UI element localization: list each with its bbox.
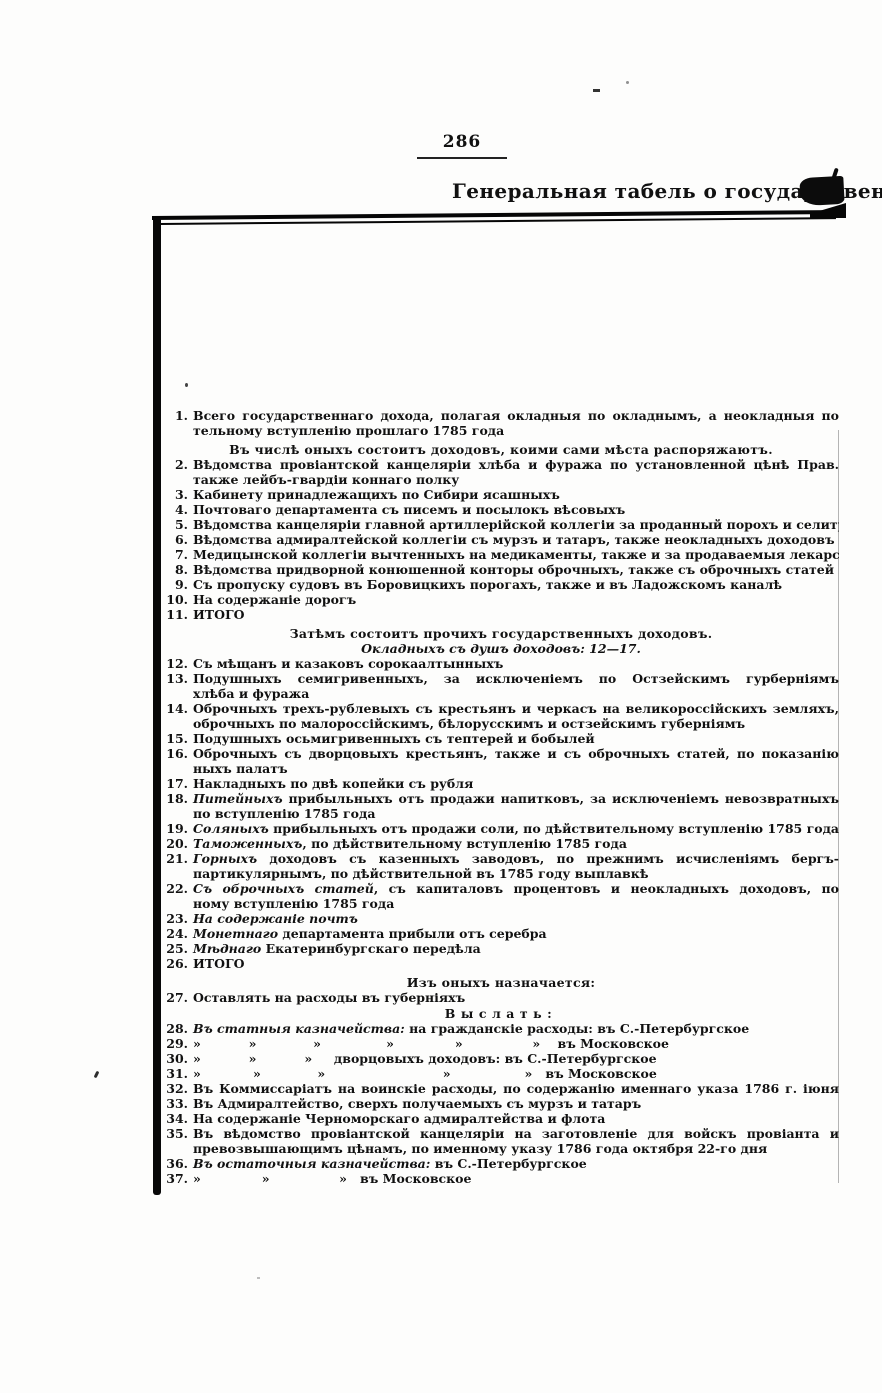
item-text: На содержаніе дорогъ [193,592,356,607]
item-text: Таможенныхъ, по дѣйствительному вступлен… [193,836,627,851]
table-row: 12.Съ мѣщанъ и казаковъ сорокаалтынныхъ [163,656,839,671]
item-number: 10. [163,592,188,607]
item-text: Всего государственнаго дохода, полагая о… [193,408,839,423]
item-number: 21. [163,851,188,866]
item-number: 27. [163,990,188,1005]
table-row: 33.Въ Адмиралтейство, сверхъ получаемыхъ… [163,1096,839,1111]
item-text: Мѣднаго Екатеринбургскаго передѣла [193,941,481,956]
item-lead-italic: Въ статныя казначейства: [193,1021,405,1036]
item-number: 26. [163,956,188,971]
item-text: Горныхъ доходовъ съ казенныхъ заводовъ, … [193,851,839,866]
item-text: Въ Адмиралтейство, сверхъ получаемыхъ съ… [193,1096,641,1111]
item-text: партикулярнымъ, по дѣйствительной въ 178… [193,866,649,881]
item-lead-italic: На содержаніе почтъ [193,911,358,926]
item-number: 4. [163,502,188,517]
item-number: 8. [163,562,188,577]
page-number: 286 [417,132,507,152]
item-number: 11. [163,607,188,622]
item-text: по вступленію 1785 года [193,806,375,821]
item-text: ному вступленію 1785 года [193,896,394,911]
table-row: 4.Почтоваго департамента съ писемъ и пос… [163,502,839,517]
table-row: 3.Кабинету принадлежащихъ по Сибири ясаш… [163,487,839,502]
scan-speck [626,81,629,84]
table-row: 7.Медицынской коллегіи вычтенныхъ на мед… [163,547,839,562]
table-row: 24.Монетнаго департамента прибыли отъ се… [163,926,839,941]
table-row: ному вступленію 1785 года [163,896,839,911]
scan-speck [185,383,188,387]
item-number: 31. [163,1066,188,1081]
section-heading: Затѣмъ состоитъ прочихъ государственныхъ… [163,626,839,641]
table-row: по вступленію 1785 года [163,806,839,821]
table-row: 22.Съ оброчныхъ статей, съ капиталовъ пр… [163,881,839,896]
table-row: партикулярнымъ, по дѣйствительной въ 178… [163,866,839,881]
revenue-items-list: 1.Всего государственнаго дохода, полагая… [163,408,839,1186]
item-number: 13. [163,671,188,686]
item-text: Въ статныя казначейства: на гражданскіе … [193,1021,749,1036]
item-text: ИТОГО [193,607,245,622]
table-row: также лейбъ-гвардіи коннаго полку [163,472,839,487]
item-text: » » » » » въ Московское [193,1066,657,1081]
item-number: 23. [163,911,188,926]
section-heading: Изъ оныхъ назначается: [163,975,839,990]
item-text: Соляныхъ прибыльныхъ отъ продажи соли, п… [193,821,839,836]
item-text: Вѣдомства придворной конюшенной конторы … [193,562,834,577]
table-row: 32.Въ Коммиссаріатъ на воинскіе расходы,… [163,1081,839,1096]
item-lead-italic: Горныхъ [193,851,257,866]
item-text: » » » » » » въ Московское [193,1036,669,1051]
table-row: 35.Въ вѣдомство провіантской канцеляріи … [163,1126,839,1141]
item-number: 19. [163,821,188,836]
table-row: 19.Соляныхъ прибыльныхъ отъ продажи соли… [163,821,839,836]
item-text: На содержаніе почтъ [193,911,358,926]
item-text: » » » въ Московское [193,1171,471,1186]
item-number: 3. [163,487,188,502]
item-text: ИТОГО [193,956,245,971]
table-row: 8.Вѣдомства придворной конюшенной контор… [163,562,839,577]
item-text: Вѣдомства адмиралтейской коллегіи съ мур… [193,532,835,547]
item-number: 16. [163,746,188,761]
item-text: Монетнаго департамента прибыли отъ сереб… [193,926,547,941]
table-row: 14.Оброчныхъ трехъ-рублевыхъ съ крестьян… [163,701,839,716]
item-text: ныхъ палатъ [193,761,288,776]
item-number: 29. [163,1036,188,1051]
item-text: Медицынской коллегіи вычтенныхъ на медик… [193,547,839,562]
item-number: 34. [163,1111,188,1126]
ink-smudge [799,176,844,206]
section-heading-text: Затѣмъ состоитъ прочихъ государственныхъ… [290,626,713,641]
table-row: 20.Таможенныхъ, по дѣйствительному вступ… [163,836,839,851]
table-row: 25.Мѣднаго Екатеринбургскаго передѣла [163,941,839,956]
item-number: 36. [163,1156,188,1171]
item-number: 12. [163,656,188,671]
page-number-rule [417,157,507,159]
item-text: Питейныхъ прибыльныхъ отъ продажи напитк… [193,791,839,806]
item-number: 7. [163,547,188,562]
item-text: Оброчныхъ съ дворцовыхъ крестьянъ, также… [193,746,839,761]
table-row: ныхъ палатъ [163,761,839,776]
table-row: 21.Горныхъ доходовъ съ казенныхъ заводов… [163,851,839,866]
scan-speck [257,1277,260,1279]
section-heading: Въ числѣ оныхъ состоитъ доходовъ, коими … [163,442,839,457]
item-lead-italic: Питейныхъ [193,791,283,806]
table-row: 31.» » » » » въ Московское [163,1066,839,1081]
item-number: 1. [163,408,188,423]
table-row: 26.ИТОГО [163,956,839,971]
table-row: 37.» » » въ Московское [163,1171,839,1186]
item-lead-italic: Въ остаточныя казначейства: [193,1156,430,1171]
table-row: 16.Оброчныхъ съ дворцовыхъ крестьянъ, та… [163,746,839,761]
item-text: Съ мѣщанъ и казаковъ сорокаалтынныхъ [193,656,503,671]
table-row: 6.Вѣдомства адмиралтейской коллегіи съ м… [163,532,839,547]
section-heading-text: Изъ оныхъ назначается: [407,975,596,990]
item-text: также лейбъ-гвардіи коннаго полку [193,472,459,487]
item-number: 37. [163,1171,188,1186]
item-number: 22. [163,881,188,896]
table-row: 11.ИТОГО [163,607,839,622]
table-row: 15.Подушныхъ осьмигривенныхъ съ тептерей… [163,731,839,746]
item-text: Оставлять на расходы въ губерніяхъ [193,990,465,1005]
item-text: хлѣба и фуража [193,686,309,701]
item-text: Оброчныхъ трехъ-рублевыхъ съ крестьянъ и… [193,701,839,716]
item-text: оброчныхъ по малороссійскимъ, бѣлорусски… [193,716,745,731]
item-number: 32. [163,1081,188,1096]
item-number: 17. [163,776,188,791]
scan-speck [94,1071,100,1079]
table-row: хлѣба и фуража [163,686,839,701]
table-row: превозвышающимъ цѣнамъ, по именному указ… [163,1141,839,1156]
item-text: Въ Коммиссаріатъ на воинскіе расходы, по… [193,1081,839,1096]
item-number: 15. [163,731,188,746]
table-row: 36.Въ остаточныя казначейства: въ С.-Пет… [163,1156,839,1171]
scanned-document-page: 286 Генеральная табель о государственных… [0,0,882,1393]
table-row: 28.Въ статныя казначейства: на гражданск… [163,1021,839,1036]
item-number: 2. [163,457,188,472]
item-number: 5. [163,517,188,532]
item-number: 6. [163,532,188,547]
item-lead-italic: Таможенныхъ [193,836,302,851]
item-number: 9. [163,577,188,592]
section-heading-text: Окладныхъ съ душъ доходовъ: 12—17. [361,641,641,656]
item-text: Подушныхъ осьмигривенныхъ съ тептерей и … [193,731,595,746]
item-text: » » » дворцовыхъ доходовъ: въ С.-Петербу… [193,1051,657,1066]
item-text: Въ остаточныя казначейства: въ С.-Петерб… [193,1156,587,1171]
item-lead-italic: Мѣднаго [193,941,261,956]
section-heading-text: Выслать: [445,1006,557,1021]
item-text: Вѣдомства провіантской канцеляріи хлѣба … [193,457,839,472]
item-text: тельному вступленію прошлаго 1785 года [193,423,504,438]
item-text: Вѣдомства канцеляріи главной артиллерійс… [193,517,839,532]
item-number: 18. [163,791,188,806]
scan-speck [593,89,600,92]
item-number: 25. [163,941,188,956]
table-row: 17.Накладныхъ по двѣ копейки съ рубля [163,776,839,791]
item-number: 24. [163,926,188,941]
table-row: 34.На содержаніе Черноморскаго адмиралте… [163,1111,839,1126]
table-frame-left-border [153,218,161,1195]
item-text: На содержаніе Черноморскаго адмиралтейст… [193,1111,605,1126]
item-lead-italic: Соляныхъ [193,821,269,836]
item-number: 33. [163,1096,188,1111]
table-row: 2.Вѣдомства провіантской канцеляріи хлѣб… [163,457,839,472]
table-row: оброчныхъ по малороссійскимъ, бѣлорусски… [163,716,839,731]
item-number: 14. [163,701,188,716]
section-heading-text: Въ числѣ оныхъ состоитъ доходовъ, коими … [229,442,773,457]
table-row: тельному вступленію прошлаго 1785 года [163,423,839,438]
item-number: 28. [163,1021,188,1036]
item-text: Кабинету принадлежащихъ по Сибири ясашны… [193,487,560,502]
table-row: 18.Питейныхъ прибыльныхъ отъ продажи нап… [163,791,839,806]
item-number: 20. [163,836,188,851]
table-row: 29.» » » » » » въ Московское [163,1036,839,1051]
item-text: Почтоваго департамента съ писемъ и посыл… [193,502,625,517]
item-text: превозвышающимъ цѣнамъ, по именному указ… [193,1141,767,1156]
item-text: Съ пропуску судовъ въ Боровицкихъ порога… [193,577,782,592]
table-row: 5.Вѣдомства канцеляріи главной артиллері… [163,517,839,532]
table-row: 30.» » » дворцовыхъ доходовъ: въ С.-Пете… [163,1051,839,1066]
item-lead-italic: Съ оброчныхъ статей [193,881,374,896]
item-lead-italic: Монетнаго [193,926,278,941]
table-row: 10.На содержаніе дорогъ [163,592,839,607]
table-row: 13.Подушныхъ семигривенныхъ, за исключен… [163,671,839,686]
table-row: 23.На содержаніе почтъ [163,911,839,926]
table-row: 27.Оставлять на расходы въ губерніяхъ [163,990,839,1005]
table-row: 1.Всего государственнаго дохода, полагая… [163,408,839,423]
section-heading: Окладныхъ съ душъ доходовъ: 12—17. [163,641,839,656]
table-row: 9.Съ пропуску судовъ въ Боровицкихъ поро… [163,577,839,592]
section-heading: Выслать: [163,1006,839,1021]
item-text: Въ вѣдомство провіантской канцеляріи на … [193,1126,839,1141]
item-number: 30. [163,1051,188,1066]
item-text: Подушныхъ семигривенныхъ, за исключеніем… [193,671,839,686]
item-text: Съ оброчныхъ статей, съ капиталовъ проце… [193,881,839,896]
item-text: Накладныхъ по двѣ копейки съ рубля [193,776,473,791]
item-number: 35. [163,1126,188,1141]
